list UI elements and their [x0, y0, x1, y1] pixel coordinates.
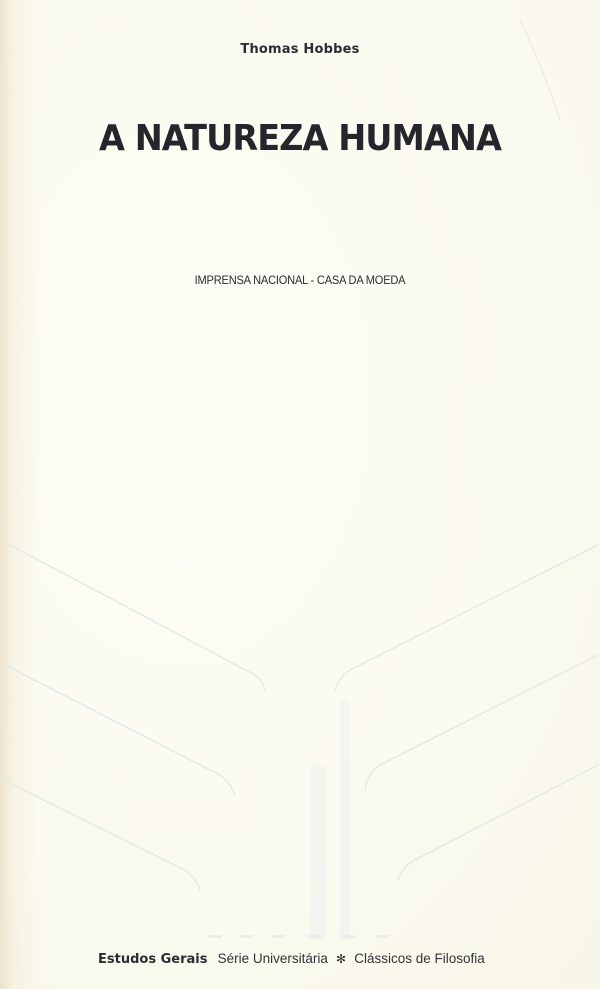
series-line: Estudos Gerais Série Universitária ✻ Clá…: [98, 951, 485, 967]
collection-name: Estudos Gerais: [98, 952, 207, 967]
author-name: Thomas Hobbes: [0, 42, 600, 57]
asterisk-separator-icon: ✻: [336, 952, 346, 966]
subseries-name: Série Universitária: [218, 951, 328, 966]
publisher-name: IMPRENSA NACIONAL - CASA DA MOEDA: [24, 273, 576, 287]
category-name: Clássicos de Filosofia: [354, 951, 485, 966]
book-cover: Thomas Hobbes A NATUREZA HUMANA IMPRENSA…: [0, 0, 600, 989]
book-title: A NATUREZA HUMANA: [21, 118, 579, 159]
